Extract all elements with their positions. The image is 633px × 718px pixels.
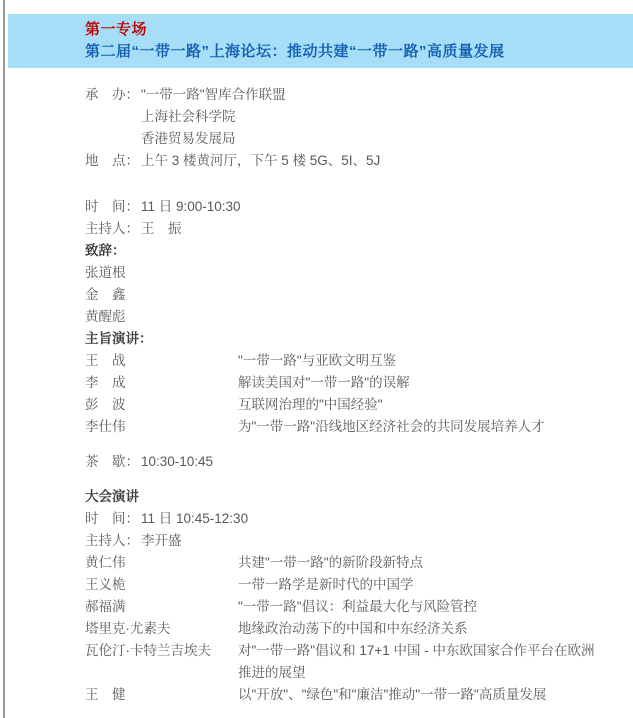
venue-label: 地 点： (85, 150, 141, 172)
keynote-row: 彭 波 互联网治理的"中国经验" (85, 394, 595, 416)
tea-break-row: 茶 歇： 10:30-10:45 (85, 451, 595, 473)
greeter-row: 张道根 (85, 262, 595, 284)
speech-topic: 共建"一带一路"的新阶段新特点 (238, 552, 595, 574)
speech-row: 王 健 以"开放"、"绿色"和"廉洁"推动"一带一路"高质量发展 (85, 684, 595, 706)
time-value: 11 日 10:45-12:30 (141, 508, 248, 530)
host-label: 主持人： (85, 530, 141, 552)
organizer-row: 香港贸易发展局 (85, 128, 595, 150)
tea-break-label: 茶 歇： (85, 451, 141, 473)
host-name: 李开盛 (141, 530, 182, 552)
organizer-name: "一带一路"智库合作联盟 (141, 84, 286, 106)
host-row: 主持人： 李开盛 (85, 530, 595, 552)
speech-topic: 为"一带一路"沿线地区经济社会的共同发展培养人才 (238, 416, 595, 438)
time-label: 时 间： (85, 196, 141, 218)
speaker-name: 王 战 (85, 350, 238, 372)
speech-topic: "一带一路"与亚欧文明互鉴 (238, 350, 595, 372)
speaker-name: 黄仁伟 (85, 552, 238, 574)
time-row: 时 间： 11 日 9:00-10:30 (85, 196, 595, 218)
speech-row: 塔里克·尤素夫 地缘政治动荡下的中国和中东经济关系 (85, 618, 595, 640)
speech-row: 黄仁伟 共建"一带一路"的新阶段新特点 (85, 552, 595, 574)
speaker-name: 李 成 (85, 372, 238, 394)
program-content: 承 办： "一带一路"智库合作联盟 上海社会科学院 香港贸易发展局 地 点： 上… (85, 68, 595, 706)
session-label: 第一专场 (85, 19, 633, 41)
organizer-label: 承 办： (85, 84, 141, 106)
greeter-name: 张道根 (85, 262, 126, 284)
greetings-heading: 致辞： (85, 240, 595, 262)
keynote-row: 王 战 "一带一路"与亚欧文明互鉴 (85, 350, 595, 372)
speaker-name: 郝福满 (85, 596, 238, 618)
header-band: 第一专场 第二届“一带一路”上海论坛：推动共建“一带一路”高质量发展 (8, 14, 633, 68)
plenary-heading: 大会演讲 (85, 486, 595, 508)
speech-topic: 一带一路学是新时代的中国学 (238, 574, 595, 596)
tea-break-time: 10:30-10:45 (141, 451, 213, 473)
organizer-row: 上海社会科学院 (85, 106, 595, 128)
keynote-row: 李 成 解读美国对"一带一路"的误解 (85, 372, 595, 394)
speech-row: 王义桅 一带一路学是新时代的中国学 (85, 574, 595, 596)
speaker-name: 塔里克·尤素夫 (85, 618, 238, 640)
time-row: 时 间： 11 日 10:45-12:30 (85, 508, 595, 530)
organizer-row: 承 办： "一带一路"智库合作联盟 (85, 84, 595, 106)
speech-topic: 对"一带一路"倡议和 17+1 中国 - 中东欧国家合作平台在欧洲推进的展望 (238, 640, 595, 684)
greeter-row: 黄醒彪 (85, 306, 595, 328)
time-label: 时 间： (85, 508, 141, 530)
speech-topic: 解读美国对"一带一路"的误解 (238, 372, 595, 394)
venue-value: 上午 3 楼黄河厅，下午 5 楼 5G、5I、5J (141, 150, 380, 172)
forum-title: 第二届“一带一路”上海论坛：推动共建“一带一路”高质量发展 (85, 41, 633, 63)
host-row: 主持人： 王 振 (85, 218, 595, 240)
section-spacer (85, 172, 595, 196)
speaker-name: 瓦伦汀·卡特兰吉埃夫 (85, 640, 238, 662)
host-label: 主持人： (85, 218, 141, 240)
speech-row: 郝福满 "一带一路"倡议：利益最大化与风险管控 (85, 596, 595, 618)
greeter-row: 金 鑫 (85, 284, 595, 306)
section-spacer (85, 473, 595, 486)
keynote-row: 李仕伟 为"一带一路"沿线地区经济社会的共同发展培养人才 (85, 416, 595, 438)
greeter-name: 黄醒彪 (85, 306, 126, 328)
speaker-name: 王义桅 (85, 574, 238, 596)
page-left-border (3, 0, 5, 718)
venue-row: 地 点： 上午 3 楼黄河厅，下午 5 楼 5G、5I、5J (85, 150, 595, 172)
speech-topic: 以"开放"、"绿色"和"廉洁"推动"一带一路"高质量发展 (238, 684, 595, 706)
speech-row: 瓦伦汀·卡特兰吉埃夫 对"一带一路"倡议和 17+1 中国 - 中东欧国家合作平… (85, 640, 595, 684)
program-page: 第一专场 第二届“一带一路”上海论坛：推动共建“一带一路”高质量发展 承 办： … (0, 0, 633, 718)
keynote-heading: 主旨演讲： (85, 328, 595, 350)
organizer-name: 上海社会科学院 (141, 106, 236, 128)
speech-topic: "一带一路"倡议：利益最大化与风险管控 (238, 596, 595, 618)
organizer-name: 香港贸易发展局 (141, 128, 236, 150)
time-value: 11 日 9:00-10:30 (141, 196, 241, 218)
speech-topic: 互联网治理的"中国经验" (238, 394, 595, 416)
speaker-name: 李仕伟 (85, 416, 238, 438)
greeter-name: 金 鑫 (85, 284, 126, 306)
section-spacer (85, 438, 595, 451)
host-name: 王 振 (141, 218, 182, 240)
speech-topic: 地缘政治动荡下的中国和中东经济关系 (238, 618, 595, 640)
speaker-name: 王 健 (85, 684, 238, 706)
speaker-name: 彭 波 (85, 394, 238, 416)
